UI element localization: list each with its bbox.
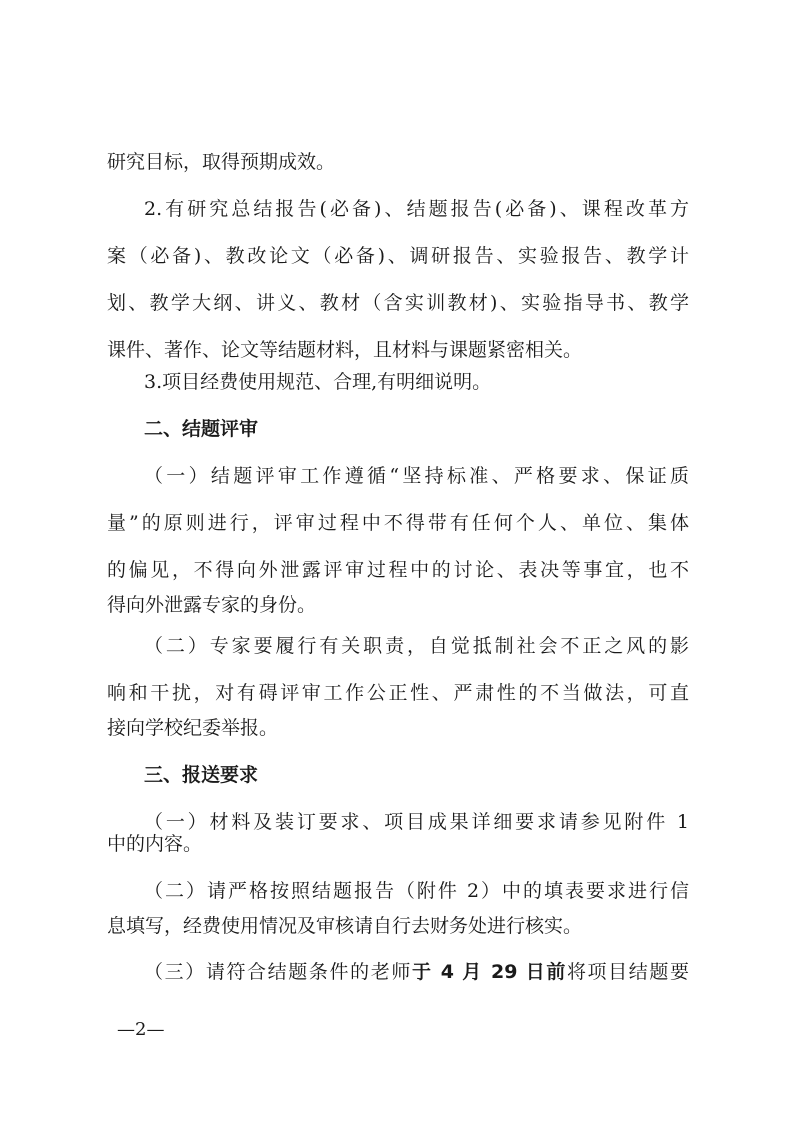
paragraph-line: 研究目标，取得预期成效。 (107, 147, 689, 177)
paragraph-line: 3.项目经费使用规范、合理,有明细说明。 (144, 367, 689, 397)
paragraph-line: 案（必备)、教改论文（必备)、调研报告、实验报告、教学计 (107, 241, 689, 271)
section-heading: 二、结题评审 (144, 414, 689, 444)
paragraph-line: 接向学校纪委举报。 (107, 713, 689, 743)
paragraph-line: （二）专家要履行有关职责，自觉抵制社会不正之风的影 (144, 631, 689, 661)
deadline-emphasis: 于 4 月 29 日前 (412, 961, 567, 983)
paragraph-line: 的偏见，不得向外泄露评审过程中的讨论、表决等事宜，也不 (107, 555, 689, 585)
text-run: 将项目结题要 (567, 961, 689, 983)
paragraph-line: 中的内容。 (107, 829, 689, 859)
paragraph-line: （三）请符合结题条件的老师于 4 月 29 日前将项目结题要 (144, 957, 689, 987)
paragraph-line: （二）请严格按照结题报告（附件 2）中的填表要求进行信 (144, 876, 689, 906)
paragraph-line: 课件、著作、论文等结题材料，且材料与课题紧密相关。 (107, 335, 689, 365)
paragraph-line: 划、教学大纲、讲义、教材（含实训教材)、实验指导书、教学 (107, 288, 689, 318)
document-page: 研究目标，取得预期成效。 2.有研究总结报告(必备)、结题报告(必备)、课程改革… (0, 0, 793, 1122)
paragraph-line: 息填写，经费使用情况及审核请自行去财务处进行核实。 (107, 911, 689, 941)
text-run: （三）请符合结题条件的老师 (144, 961, 412, 983)
page-number: —2— (117, 1018, 164, 1042)
paragraph-line: 2.有研究总结报告(必备)、结题报告(必备)、课程改革方 (144, 194, 689, 224)
paragraph-line: （一）结题评审工作遵循“坚持标准、严格要求、保证质 (144, 461, 689, 491)
paragraph-line: 量”的原则进行，评审过程中不得带有任何个人、单位、集体 (107, 508, 689, 538)
paragraph-line: 响和干扰，对有碍评审工作公正性、严肃性的不当做法，可直 (107, 678, 689, 708)
section-heading: 三、报送要求 (144, 760, 689, 790)
paragraph-line: 得向外泄露专家的身份。 (107, 590, 689, 620)
